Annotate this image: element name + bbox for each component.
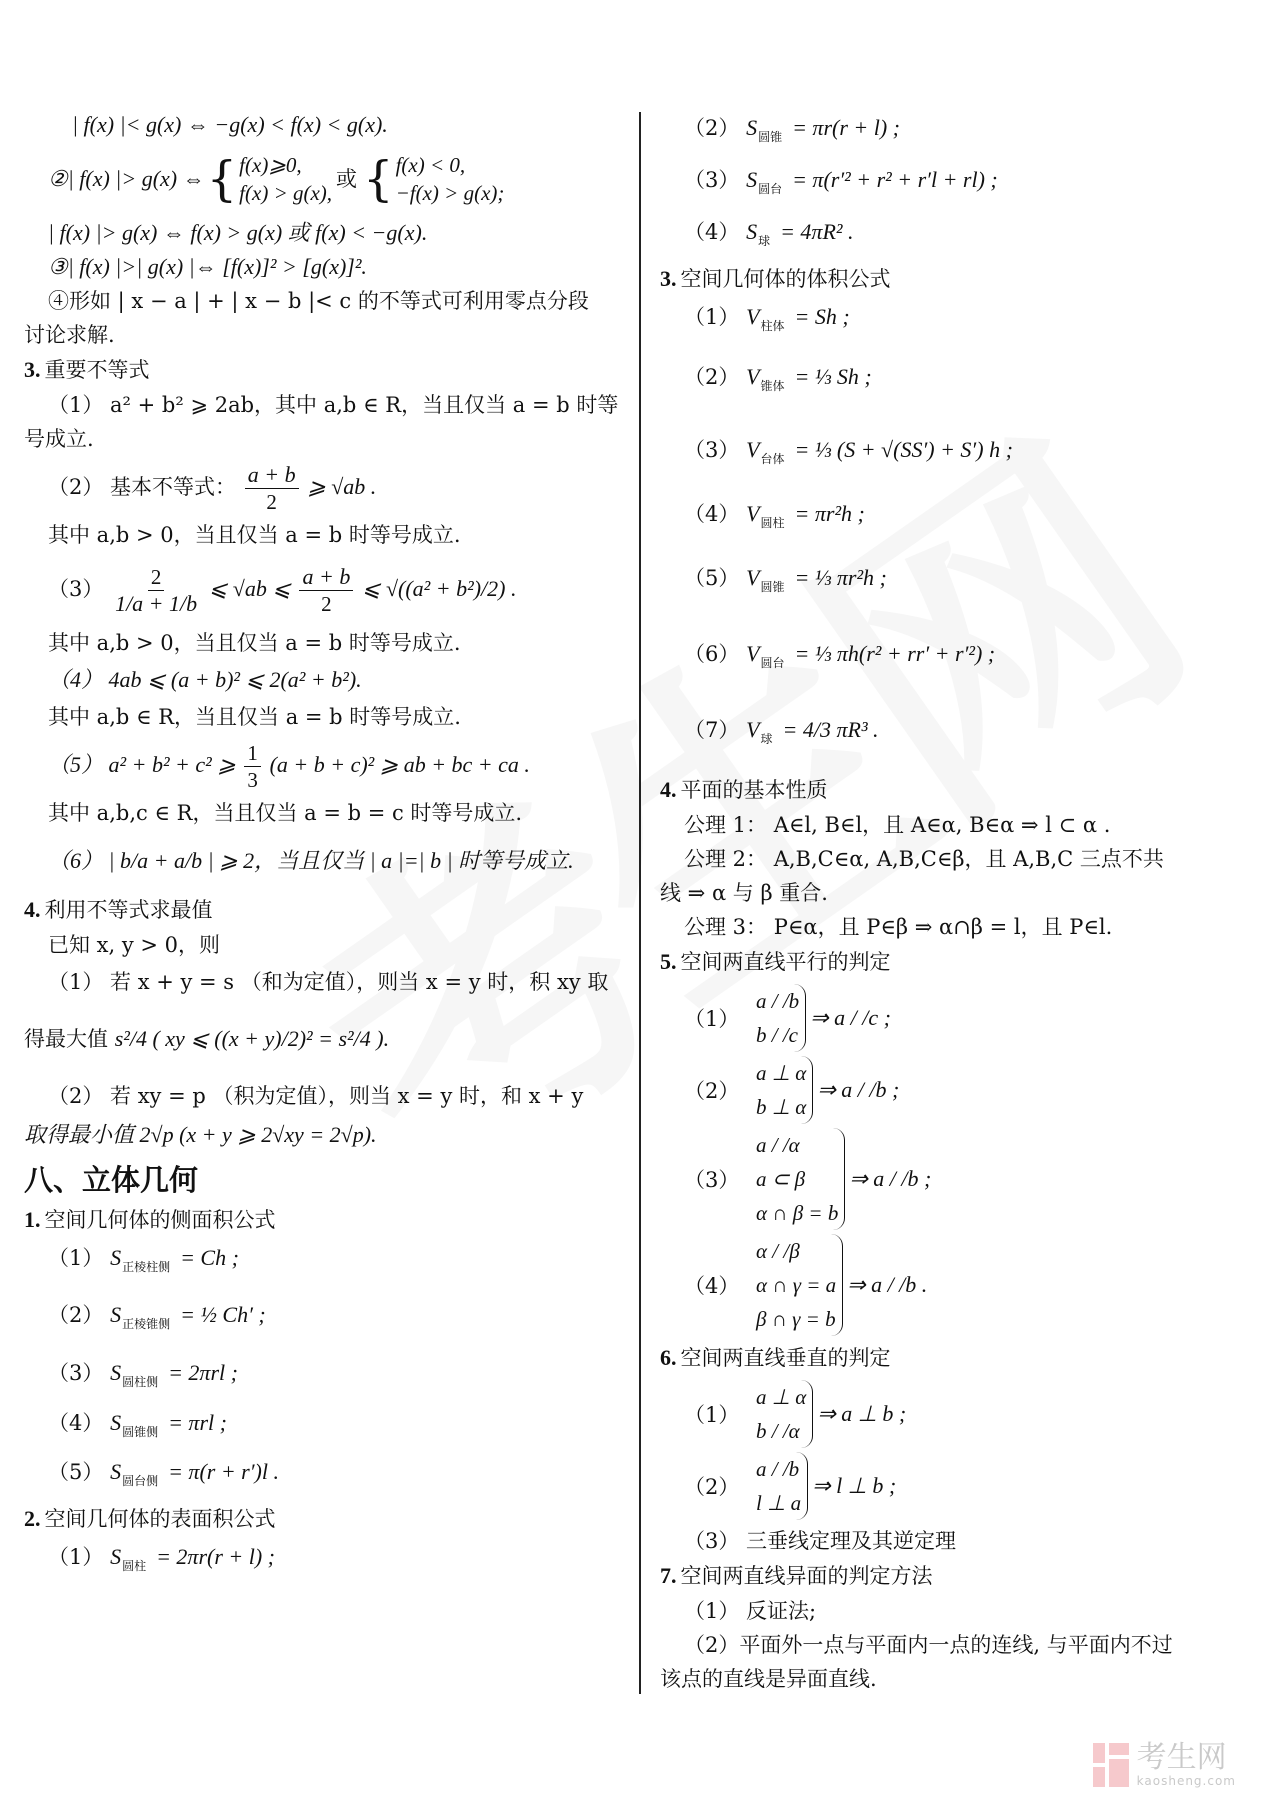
perpendicular-rule-2: （2） a / /bl ⊥ a⇒ l ⊥ b ; <box>660 1452 1260 1520</box>
surface-area-2: （2） S圆锥= πr(r + l) ; <box>660 108 1260 157</box>
subscript: 正棱柱侧 <box>122 1260 170 1274</box>
subscript: 正棱锥侧 <box>122 1317 170 1331</box>
skew-method-1: （1） 反证法; <box>660 1594 1260 1628</box>
section-heading-geo3: 3.空间几何体的体积公式 <box>660 261 1260 297</box>
condition: α ∩ β = b <box>756 1196 838 1230</box>
formula-mid: ⩽ √ab ⩽ <box>209 576 291 601</box>
chapter-title: 八、立体几何 <box>24 1158 624 1202</box>
subscript: 圆柱 <box>761 516 785 530</box>
item-label: （4） <box>684 220 739 244</box>
subscript: 球 <box>761 732 773 746</box>
var: S <box>110 1360 121 1385</box>
item-label: （1） <box>684 1003 756 1033</box>
left-brace-icon: { <box>207 149 238 209</box>
var: S <box>110 1410 121 1435</box>
volume-1: （1） V柱体= Sh ; <box>660 297 1260 346</box>
var: V <box>746 304 759 329</box>
var: V <box>746 437 759 462</box>
condition: α / /β <box>756 1234 836 1268</box>
expr: = π(r′² + r² + r′l + rl) ; <box>792 167 998 192</box>
conclusion: ⇒ a / /b ; <box>845 1166 931 1192</box>
logo-mark-icon <box>1093 1743 1129 1787</box>
expr: = ⅓ (S + √(SS′) + S′) h ; <box>795 437 1013 462</box>
item-label: （3） <box>48 1361 103 1385</box>
expr: = Ch ; <box>180 1245 239 1270</box>
heading-number: 4. <box>660 777 677 802</box>
section-heading-geo7: 7.空间两直线异面的判定方法 <box>660 1558 1260 1594</box>
surface-area-4: （4） S球= 4πR² . <box>660 212 1260 261</box>
expr: = Sh ; <box>795 304 850 329</box>
extremum-1: （1） 若 x + y = s （和为定值），则当 x = y 时，积 xy 取 <box>24 962 624 1002</box>
or-word: 或 <box>336 162 357 196</box>
heading-number: 1. <box>24 1207 41 1232</box>
expr: = πr(r + l) ; <box>792 115 900 140</box>
numerator: a + b <box>245 462 299 489</box>
heading-number: 7. <box>660 1563 677 1588</box>
inequality-1-cont: 号成立. <box>24 422 624 456</box>
item-label: （2） <box>684 365 739 389</box>
var: V <box>746 364 759 389</box>
case-1: { f(x)⩾0, f(x) > g(x), <box>205 149 332 209</box>
formula-abs-less: | f(x) |< g(x) ⇔ −g(x) < f(x) < g(x). <box>24 108 624 142</box>
item-label: （7） <box>684 718 739 742</box>
left-brace-icon: { <box>363 149 394 209</box>
denominator: 3 <box>244 767 261 793</box>
heading-text: 空间几何体的表面积公式 <box>45 1507 276 1531</box>
expr: = 2πr(r + l) ; <box>156 1544 275 1569</box>
inequality-3: （3） 21/a + 1/b ⩽ √ab ⩽ a + b2 ⩽ √((a² + … <box>24 552 624 626</box>
expr: = ⅓ πr²h ; <box>795 565 887 590</box>
heading-number: 4. <box>24 897 41 922</box>
inequality-3-note: 其中 a,b > 0，当且仅当 a = b 时等号成立. <box>24 626 624 660</box>
conclusion: ⇒ a ⊥ b ; <box>813 1401 906 1427</box>
zero-point-note: ④形如 | x − a | + | x − b |< c 的不等式可利用零点分段 <box>24 284 624 318</box>
surface-area-1: （1） S圆柱= 2πr(r + l) ; <box>24 1537 624 1586</box>
expr: = πr²h ; <box>795 501 865 526</box>
arith-fraction: a + b2 <box>299 564 353 617</box>
volume-2: （2） V锥体= ⅓ Sh ; <box>660 346 1260 417</box>
case-2: { f(x) < 0, −f(x) > g(x); <box>361 149 504 209</box>
column-divider <box>639 112 641 1694</box>
expr: = π(r + r′)l . <box>168 1459 279 1484</box>
section-heading-geo4: 4.平面的基本性质 <box>660 772 1260 808</box>
formula-tail: ⩽ √((a² + b²)/2) . <box>362 576 516 601</box>
condition: a / /α <box>756 1128 838 1162</box>
heading-number: 5. <box>660 949 677 974</box>
heading-text: 空间几何体的体积公式 <box>681 267 891 291</box>
item-label: （3） <box>684 1164 756 1194</box>
volume-4: （4） V圆柱= πr²h ; <box>660 492 1260 545</box>
item-label: （2） <box>48 1303 103 1327</box>
formula-abs-greater: | f(x) |> g(x) ⇔ f(x) > g(x) 或 f(x) < −g… <box>24 216 624 250</box>
case-1-row-1: f(x)⩾0, <box>239 151 332 179</box>
heading-text: 重要不等式 <box>45 358 150 382</box>
conclusion: ⇒ l ⊥ b ; <box>808 1473 896 1499</box>
heading-number: 2. <box>24 1506 41 1531</box>
zero-point-note-cont: 讨论求解. <box>24 318 624 352</box>
heading-text: 空间几何体的侧面积公式 <box>45 1208 276 1232</box>
item-label: （5） <box>684 566 739 590</box>
formula-abs-square: ③| f(x) |>| g(x) |⇔ [f(x)]² > [g(x)]². <box>24 250 624 284</box>
fraction: a + b2 <box>245 462 299 515</box>
inequality-5-note: 其中 a,b,c ∈ R，当且仅当 a = b = c 时等号成立. <box>24 796 624 830</box>
subscript: 圆台 <box>761 656 785 670</box>
item-label: （2） <box>684 1075 756 1105</box>
numerator: 1 <box>244 740 261 767</box>
condition: a ⊥ α <box>756 1056 806 1090</box>
case-1-row-2: f(x) > g(x), <box>239 179 332 207</box>
heading-text: 利用不等式求最值 <box>45 898 213 922</box>
axiom-2-cont: 线 ⇒ α 与 β 重合. <box>660 876 1260 910</box>
item-label: （3） <box>684 168 739 192</box>
case-2-row-2: −f(x) > g(x); <box>396 179 505 207</box>
volume-6: （6） V圆台= ⅓ πh(r² + rr′ + r′²) ; <box>660 620 1260 697</box>
item-label: （3） <box>48 577 103 601</box>
subscript: 锥体 <box>761 379 785 393</box>
expr: = ⅓ πh(r² + rr′ + r′²) ; <box>795 641 996 666</box>
lateral-area-3: （3） S圆柱侧= 2πrl ; <box>24 1352 624 1403</box>
left-column: | f(x) |< g(x) ⇔ −g(x) < f(x) < g(x). ②|… <box>24 108 624 1586</box>
item-label: （1） <box>684 305 739 329</box>
logo-text-cn: 考生网 <box>1137 1742 1227 1774</box>
section-heading-geo6: 6.空间两直线垂直的判定 <box>660 1340 1260 1376</box>
denominator: 1/a + 1/b <box>112 591 200 617</box>
condition: l ⊥ a <box>756 1486 801 1520</box>
volume-3: （3） V台体= ⅓ (S + √(SS′) + S′) h ; <box>660 417 1260 492</box>
item-label: （4） <box>48 1411 103 1435</box>
var: S <box>110 1544 121 1569</box>
condition: b / /c <box>756 1018 799 1052</box>
section-heading-geo2: 2.空间几何体的表面积公式 <box>24 1501 624 1537</box>
inequality-4-note: 其中 a,b ∈ R，当且仅当 a = b 时等号成立. <box>24 700 624 734</box>
section-heading-3: 3.重要不等式 <box>24 352 624 388</box>
right-column: （2） S圆锥= πr(r + l) ; （3） S圆台= π(r′² + r²… <box>660 108 1260 1696</box>
surface-area-3: （3） S圆台= π(r′² + r² + r′l + rl) ; <box>660 157 1260 212</box>
var: V <box>746 565 759 590</box>
item-label: （2） 基本不等式： <box>48 475 236 499</box>
condition: a / /b <box>756 1452 801 1486</box>
expr: = 2πrl ; <box>168 1360 238 1385</box>
formula-head: （5） a² + b² + c² ⩾ <box>48 752 236 777</box>
var: V <box>746 717 759 742</box>
var: S <box>110 1302 121 1327</box>
lateral-area-1: （1） S正棱柱侧= Ch ; <box>24 1238 624 1287</box>
conclusion: ⇒ a / /c ; <box>806 1005 891 1031</box>
heading-text: 平面的基本性质 <box>681 778 828 802</box>
item-label: （3） <box>684 438 739 462</box>
var: V <box>746 641 759 666</box>
denominator: 2 <box>263 489 280 515</box>
item-label: （4） <box>684 502 739 526</box>
expr: = 4/3 πR³ . <box>783 717 879 742</box>
subscript: 圆柱侧 <box>122 1375 158 1389</box>
inequality-2-note: 其中 a,b > 0，当且仅当 a = b 时等号成立. <box>24 518 624 552</box>
parallel-rule-4: （4） α / /βα ∩ γ = aβ ∩ γ = b⇒ a / /b . <box>660 1234 1260 1336</box>
formula-rest: (a + b + c)² ⩾ ab + bc + ca . <box>270 752 530 777</box>
subscript: 圆台侧 <box>122 1474 158 1488</box>
skew-method-2: （2）平面外一点与平面内一点的连线, 与平面内不过 <box>660 1628 1260 1662</box>
numerator: 2 <box>148 564 165 591</box>
lateral-area-4: （4） S圆锥侧= πrl ; <box>24 1403 624 1452</box>
formula-rest: ⩾ √ab . <box>307 474 376 499</box>
inequality-2: （2） 基本不等式： a + b2 ⩾ √ab . <box>24 456 624 518</box>
perpendicular-rule-1: （1） a ⊥ αb / /α⇒ a ⊥ b ; <box>660 1380 1260 1448</box>
section-heading-geo5: 5.空间两直线平行的判定 <box>660 944 1260 980</box>
var: S <box>110 1245 121 1270</box>
subscript: 圆柱 <box>122 1559 146 1573</box>
var: V <box>746 501 759 526</box>
inequality-6: （6） | b/a + a/b | ⩾ 2，当且仅当 | a |=| b | 时… <box>24 830 624 892</box>
given-condition: 已知 x, y > 0，则 <box>24 928 624 962</box>
item-label: （5） <box>48 1460 103 1484</box>
subscript: 台体 <box>761 452 785 466</box>
numerator: a + b <box>299 564 353 591</box>
fraction: 13 <box>244 740 261 793</box>
subscript: 圆台 <box>758 182 782 196</box>
heading-text: 空间两直线垂直的判定 <box>681 1346 891 1370</box>
condition: a ⊥ α <box>756 1380 806 1414</box>
logo-text-en: kaosheng.com <box>1137 1774 1236 1788</box>
heading-number: 6. <box>660 1345 677 1370</box>
subscript: 圆锥侧 <box>122 1425 158 1439</box>
condition: b / /α <box>756 1414 806 1448</box>
subscript: 柱体 <box>761 319 785 333</box>
item-label: （1） <box>48 1545 103 1569</box>
axiom-1: 公理 1： A∈l, B∈l，且 A∈α, B∈α ⇒ l ⊂ α . <box>660 808 1260 842</box>
parallel-rule-1: （1） a / /bb / /c⇒ a / /c ; <box>660 984 1260 1052</box>
condition: a ⊂ β <box>756 1162 838 1196</box>
volume-7: （7） V球= 4/3 πR³ . <box>660 697 1260 772</box>
item-label: （2） <box>684 1471 756 1501</box>
inequality-5: （5） a² + b² + c² ⩾ 13 (a + b + c)² ⩾ ab … <box>24 734 624 796</box>
expr: = 4πR² . <box>780 219 853 244</box>
var: S <box>746 115 757 140</box>
item-label: （1） <box>684 1399 756 1429</box>
extremum-1-cont: 得最大值 s²/4 ( xy ⩽ ((x + y)/2)² = s²/4 ). <box>24 1002 624 1076</box>
formula-abs-greater-system: ②| f(x) |> g(x) ⇔ { f(x)⩾0, f(x) > g(x),… <box>24 142 624 216</box>
condition: a / /b <box>756 984 799 1018</box>
skew-method-2-cont: 该点的直线是异面直线. <box>660 1662 1260 1696</box>
subscript: 圆锥 <box>758 130 782 144</box>
expr: = ½ Ch′ ; <box>180 1302 266 1327</box>
item-label: （6） <box>684 642 739 666</box>
heading-text: 空间两直线异面的判定方法 <box>681 1564 933 1588</box>
item-label: （1） <box>48 1246 103 1270</box>
subscript: 圆锥 <box>761 580 785 594</box>
document-page: 考生网 | f(x) |< g(x) ⇔ −g(x) < f(x) < g(x)… <box>0 0 1276 1818</box>
parallel-rule-2: （2） a ⊥ αb ⊥ α⇒ a / /b ; <box>660 1056 1260 1124</box>
conclusion: ⇒ a / /b ; <box>813 1077 899 1103</box>
perpendicular-rule-3: （3） 三垂线定理及其逆定理 <box>660 1524 1260 1558</box>
condition: α ∩ γ = a <box>756 1268 836 1302</box>
max-formula: s²/4 ( xy ⩽ ((x + y)/2)² = s²/4 ). <box>115 1026 389 1051</box>
extremum-2: （2） 若 xy = p （积为定值），则当 x = y 时，和 x + y <box>24 1076 624 1116</box>
axiom-3: 公理 3： P∈α，且 P∈β ⇒ α∩β = l，且 P∈l. <box>660 910 1260 944</box>
denominator: 2 <box>318 591 335 617</box>
heading-text: 空间两直线平行的判定 <box>681 950 891 974</box>
item-label: （2） <box>684 116 739 140</box>
expr: = ⅓ Sh ; <box>795 364 872 389</box>
var: S <box>110 1459 121 1484</box>
axiom-2: 公理 2： A,B,C∈α, A,B,C∈β，且 A,B,C 三点不共 <box>660 842 1260 876</box>
inequality-4: （4） 4ab ⩽ (a + b)² ⩽ 2(a² + b²). <box>24 660 624 700</box>
item-label: （4） <box>684 1270 756 1300</box>
heading-number: 3. <box>24 357 41 382</box>
heading-number: 3. <box>660 266 677 291</box>
case-2-row-1: f(x) < 0, <box>396 151 505 179</box>
expr: = πrl ; <box>168 1410 227 1435</box>
section-heading-geo1: 1.空间几何体的侧面积公式 <box>24 1202 624 1238</box>
lateral-area-2: （2） S正棱锥侧= ½ Ch′ ; <box>24 1287 624 1352</box>
subscript: 球 <box>758 234 770 248</box>
volume-5: （5） V圆锥= ⅓ πr²h ; <box>660 545 1260 620</box>
lateral-area-5: （5） S圆台侧= π(r + r′)l . <box>24 1452 624 1501</box>
max-label: 得最大值 <box>24 1027 108 1051</box>
kaosheng-logo: 考生网 kaosheng.com <box>1093 1742 1236 1788</box>
inequality-1: （1） a² + b² ⩾ 2ab，其中 a,b ∈ R，当且仅当 a = b … <box>24 388 624 422</box>
extremum-2-cont: 取得最小值 2√p (x + y ⩾ 2√xy = 2√p). <box>24 1116 624 1154</box>
parallel-rule-3: （3） a / /αa ⊂ βα ∩ β = b⇒ a / /b ; <box>660 1128 1260 1230</box>
section-heading-4: 4.利用不等式求最值 <box>24 892 624 928</box>
harmonic-fraction: 21/a + 1/b <box>112 564 200 617</box>
conclusion: ⇒ a / /b . <box>843 1272 927 1298</box>
system-prefix: ②| f(x) |> g(x) ⇔ <box>48 162 205 196</box>
condition: β ∩ γ = b <box>756 1302 836 1336</box>
condition: b ⊥ α <box>756 1090 806 1124</box>
var: S <box>746 167 757 192</box>
var: S <box>746 219 757 244</box>
